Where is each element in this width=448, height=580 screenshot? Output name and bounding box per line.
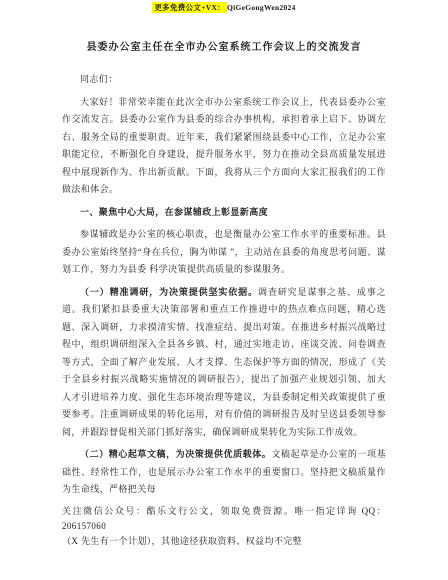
promo-line: 关注微信公众号：酷乐文行公文，领取免费资源。唯一指定详询 QQ：20615706… bbox=[62, 504, 386, 534]
promo-inline: 关注微信公众号：酷乐文行公文，领取免费资源。唯一指定详询 QQ：20615706… bbox=[62, 504, 386, 549]
section-heading: 一、聚焦中心大局，在参谋辅政上彰显新高度 bbox=[62, 204, 386, 222]
paragraph: （二）精心起草文稿，为决策提供优质载体。文稿起草是办公室的一项基础性、经常性工作… bbox=[62, 446, 386, 499]
promo-header-highlighted: 更多免费公文+VX： bbox=[152, 2, 227, 13]
paragraph: 参谋辅政是办公室的核心职责，也是衡量办公室工作水平的重要标准。县委办公室始终坚持… bbox=[62, 226, 386, 279]
promo-header-account: QiGeGongWen2024 bbox=[227, 3, 296, 12]
page-title: 县委办公室主任在全市办公室系统工作会议上的交流发言 bbox=[0, 38, 448, 53]
document-page: 更多免费公文+VX：QiGeGongWen2024 县委办公室主任在全市办公室系… bbox=[0, 0, 448, 580]
promo-line: （X 先生有一个计划），其他途径获取资料、权益均不完整 bbox=[62, 534, 386, 549]
salutation: 同志们： bbox=[62, 71, 386, 89]
promo-header: 更多免费公文+VX：QiGeGongWen2024 bbox=[0, 0, 448, 13]
paragraph-lead: （一）精准调研，为决策提供坚实依据。 bbox=[80, 287, 258, 297]
paragraph: （一）精准调研，为决策提供坚实依据。调查研究是谋事之基、成事之道。我们紧扣县委重… bbox=[62, 284, 386, 442]
document-body: 同志们： 大家好！非常荣幸能在此次全市办公室系统工作会议上，代表县委办公室作交流… bbox=[62, 71, 386, 549]
document-paragraphs: 大家好！非常荣幸能在此次全市办公室系统工作会议上，代表县委办公室作交流发言。县委… bbox=[62, 94, 386, 549]
paragraph: 大家好！非常荣幸能在此次全市办公室系统工作会议上，代表县委办公室作交流发言。县委… bbox=[62, 94, 386, 199]
paragraph-lead: （二）精心起草文稿，为决策提供优质载体。 bbox=[80, 449, 271, 459]
